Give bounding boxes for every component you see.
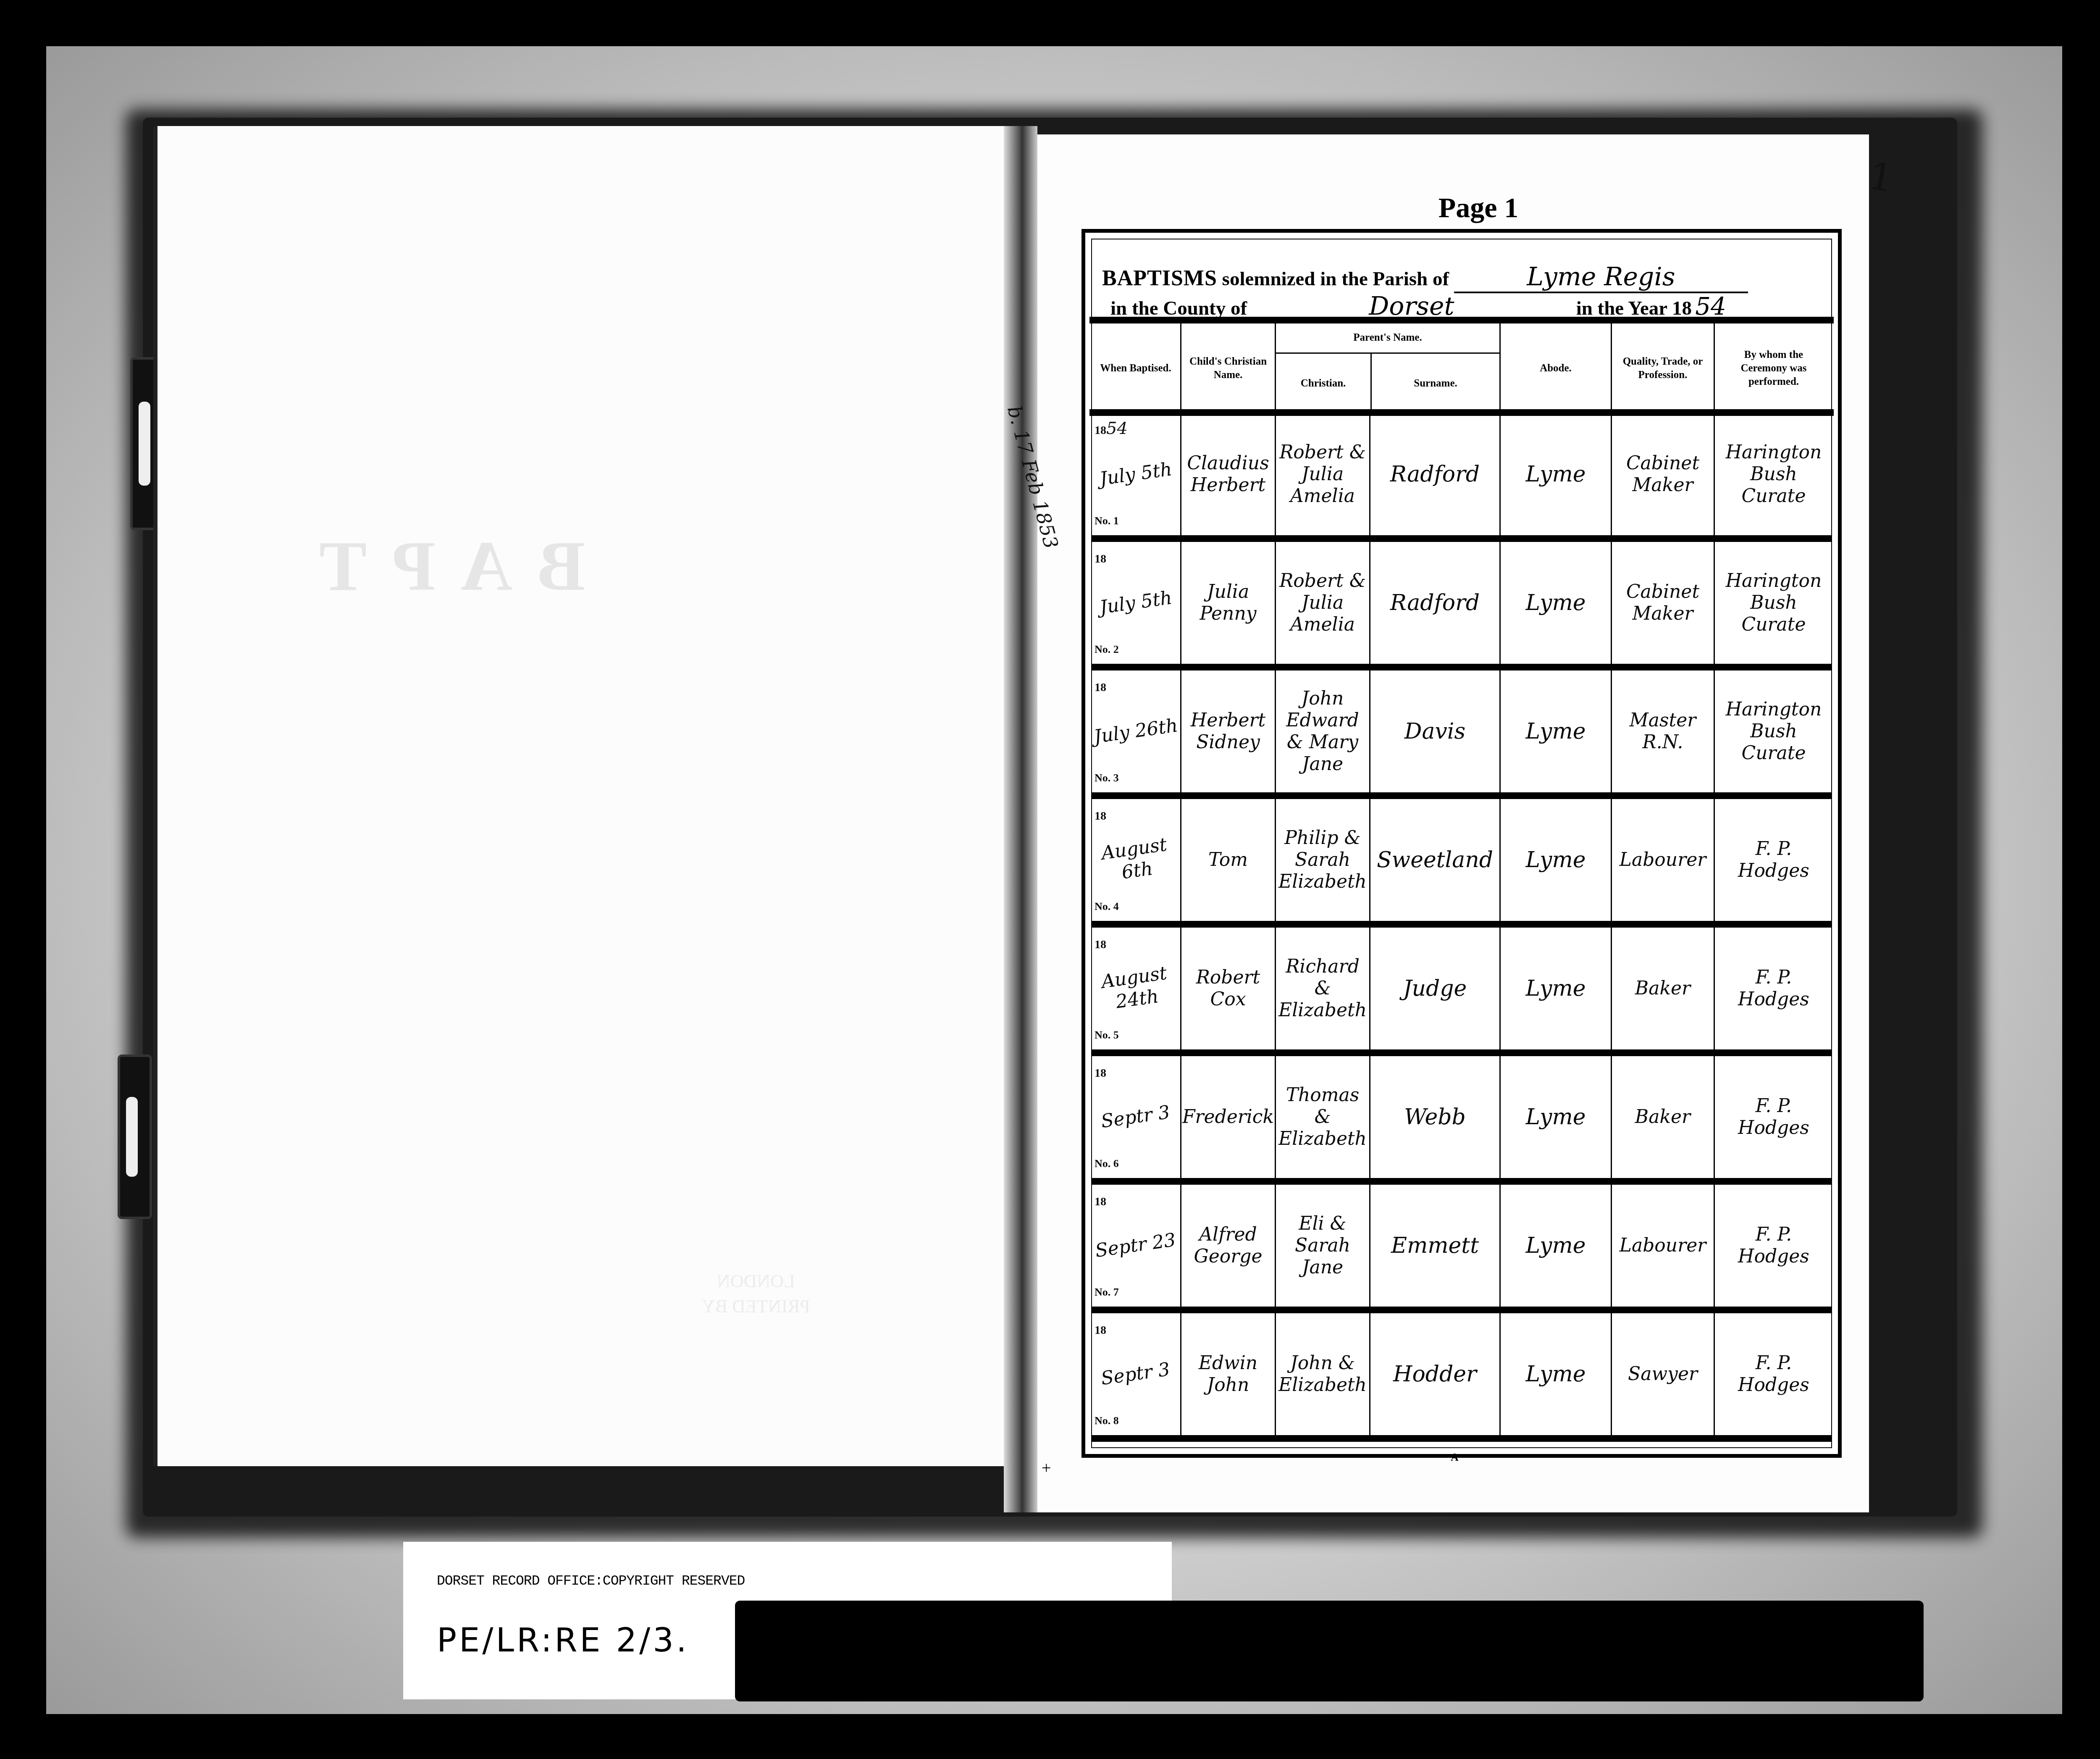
row-surname: Emmett xyxy=(1391,1235,1479,1257)
cell-abode: Lyme xyxy=(1501,1185,1612,1307)
row-number: No. 2 xyxy=(1095,639,1119,660)
row-abode: Lyme xyxy=(1525,849,1585,871)
row-abode: Lyme xyxy=(1525,1235,1585,1257)
cell-child-name: Julia Penny xyxy=(1181,542,1276,664)
col-header-officiant: By whom the Ceremony was performed. xyxy=(1715,323,1832,413)
row-child: Julia Penny xyxy=(1186,581,1270,625)
row-number: No. 7 xyxy=(1095,1281,1119,1303)
cell-parent-surname: Sweetland xyxy=(1370,799,1501,921)
copyright-notice: DORSET RECORD OFFICE:COPYRIGHT RESERVED xyxy=(437,1573,745,1589)
cell-officiant: F. P. Hodges xyxy=(1715,799,1832,921)
register-heading-parish: BAPTISMS solemnized in the Parish of Lym… xyxy=(1102,262,1830,287)
row-surname: Davis xyxy=(1404,720,1465,742)
row-year: 18 xyxy=(1095,681,1106,694)
cell-parent-surname: Emmett xyxy=(1370,1185,1501,1307)
row-child: Tom xyxy=(1208,849,1248,871)
book-gutter xyxy=(1004,126,1037,1512)
col-header-label: Child's Christian Name. xyxy=(1181,355,1275,382)
cell-child-name: Tom xyxy=(1181,799,1276,921)
row-date: Septr 3 xyxy=(1100,1102,1172,1133)
row-surname: Hodder xyxy=(1393,1363,1477,1385)
header-rule xyxy=(1089,317,1834,323)
row-year: 1854 xyxy=(1095,418,1128,442)
registration-mark: + xyxy=(1042,1458,1051,1478)
cell-child-name: Claudius Herbert xyxy=(1181,413,1276,535)
table-row: 18 August 24th No. 5 Robert Cox Richard … xyxy=(1091,928,1832,1056)
cell-quality: Labourer xyxy=(1612,1185,1715,1307)
cell-quality: Cabinet Maker xyxy=(1612,413,1715,535)
row-quality: Baker xyxy=(1635,978,1690,999)
row-date: August 6th xyxy=(1089,832,1183,888)
row-number: No. 4 xyxy=(1095,896,1119,918)
table-row: 18 July 26th No. 3 Herbert Sidney John E… xyxy=(1091,670,1832,799)
row-surname: Webb xyxy=(1404,1106,1466,1128)
row-abode: Lyme xyxy=(1525,463,1585,485)
cell-parent-christian: John & Elizabeth xyxy=(1276,1313,1370,1435)
col-header-when: When Baptised. xyxy=(1091,323,1181,413)
row-officiant: F. P. Hodges xyxy=(1719,838,1828,882)
row-surname: Judge xyxy=(1403,978,1467,999)
archive-reference: PE/LR:RE 2/3. xyxy=(437,1622,689,1659)
row-quality: Labourer xyxy=(1620,849,1706,871)
cell-child-name: Alfred George xyxy=(1181,1185,1276,1307)
row-year: 18 xyxy=(1095,1189,1106,1213)
row-officiant: Harington Bush Curate xyxy=(1719,699,1828,764)
row-child: Robert Cox xyxy=(1186,967,1270,1010)
row-quality: Cabinet Maker xyxy=(1616,452,1709,496)
row-year: 18 xyxy=(1095,938,1106,951)
cell-quality: Baker xyxy=(1612,928,1715,1049)
row-number: No. 6 xyxy=(1095,1153,1119,1175)
imprint-line: LONDON xyxy=(609,1269,903,1294)
cell-parent-surname: Hodder xyxy=(1370,1313,1501,1435)
row-parents: John & Elizabeth xyxy=(1278,1352,1367,1396)
parish-field: Lyme Regis xyxy=(1454,262,1748,293)
cell-officiant: Harington Bush Curate xyxy=(1715,670,1832,792)
cell-parent-christian: Robert & Julia Amelia xyxy=(1276,542,1370,664)
row-officiant: F. P. Hodges xyxy=(1719,1352,1828,1396)
cell-parent-christian: Thomas & Elizabeth xyxy=(1276,1056,1370,1178)
cell-parent-christian: Philip & Sarah Elizabeth xyxy=(1276,799,1370,921)
cell-parent-christian: Robert & Julia Amelia xyxy=(1276,413,1370,535)
table-row: 18 Septr 23 No. 7 Alfred George Eli & Sa… xyxy=(1091,1185,1832,1313)
register-table: BAPTISMS solemnized in the Parish of Lym… xyxy=(1081,229,1842,1458)
col-header-parent-christian: Christian. xyxy=(1276,353,1372,413)
row-quality: Sawyer xyxy=(1628,1363,1698,1385)
col-header-parent-surname: Surname. xyxy=(1370,353,1501,413)
row-officiant: Harington Bush Curate xyxy=(1719,570,1828,636)
cell-child-name: Frederick xyxy=(1181,1056,1276,1178)
cell-date: 18 Septr 3 No. 6 xyxy=(1091,1056,1181,1178)
table-row: 18 Septr 3 No. 6 Frederick Thomas & Eliz… xyxy=(1091,1056,1832,1185)
cell-abode: Lyme xyxy=(1501,1056,1612,1178)
row-quality: Master R.N. xyxy=(1616,710,1709,753)
cell-child-name: Robert Cox xyxy=(1181,928,1276,1049)
left-page-bleed-title: BAPT xyxy=(294,525,924,607)
row-date: July 26th xyxy=(1092,715,1179,748)
table-row: 18 August 6th No. 4 Tom Philip & Sarah E… xyxy=(1091,799,1832,928)
cell-date: 18 August 6th No. 4 xyxy=(1091,799,1181,921)
redaction-bar xyxy=(735,1601,1924,1701)
cell-officiant: Harington Bush Curate xyxy=(1715,542,1832,664)
row-child: Edwin John xyxy=(1186,1352,1270,1396)
cell-quality: Baker xyxy=(1612,1056,1715,1178)
row-abode: Lyme xyxy=(1525,978,1585,999)
cell-officiant: F. P. Hodges xyxy=(1715,1313,1832,1435)
row-abode: Lyme xyxy=(1525,720,1585,742)
cell-abode: Lyme xyxy=(1501,1313,1612,1435)
cell-parent-surname: Judge xyxy=(1370,928,1501,1049)
cell-abode: Lyme xyxy=(1501,799,1612,921)
footer-mark: A xyxy=(1451,1451,1459,1464)
county-label: in the County of xyxy=(1110,297,1247,319)
imprint-line: PRINTED BY xyxy=(609,1294,903,1319)
cell-abode: Lyme xyxy=(1501,928,1612,1049)
row-year: 18 xyxy=(1095,424,1106,437)
row-officiant: F. P. Hodges xyxy=(1719,1095,1828,1139)
row-child: Herbert Sidney xyxy=(1186,710,1270,753)
cell-parent-surname: Davis xyxy=(1370,670,1501,792)
left-page xyxy=(153,126,1008,1466)
row-year: 18 xyxy=(1095,675,1106,699)
cell-quality: Cabinet Maker xyxy=(1612,542,1715,664)
row-parents: Eli & Sarah Jane xyxy=(1279,1213,1366,1278)
register-heading-county: in the County of Dorset in the Year 1854 xyxy=(1110,292,1830,317)
cell-date: 18 July 5th No. 2 xyxy=(1091,542,1181,664)
col-header-abode: Abode. xyxy=(1501,323,1612,413)
row-number: No. 1 xyxy=(1095,510,1119,532)
row-date: July 5th xyxy=(1098,587,1173,619)
row-number: No. 3 xyxy=(1095,767,1119,789)
heading-solemnized: solemnized in the Parish of xyxy=(1222,268,1449,290)
column-headers: When Baptised. Child's Christian Name. P… xyxy=(1091,323,1832,413)
row-year: 18 xyxy=(1095,810,1106,823)
table-row: 18 Septr 3 No. 8 Edwin John John & Eliza… xyxy=(1091,1313,1832,1442)
parents-name-label: Parent's Name. xyxy=(1276,323,1499,354)
row-quality: Baker xyxy=(1635,1106,1690,1128)
row-quality: Cabinet Maker xyxy=(1616,581,1709,625)
col-header-label: By whom the Ceremony was performed. xyxy=(1727,348,1820,389)
row-child: Frederick xyxy=(1182,1106,1274,1128)
row-officiant: F. P. Hodges xyxy=(1719,967,1828,1010)
row-parents: Richard & Elizabeth xyxy=(1278,956,1367,1021)
row-officiant: Harington Bush Curate xyxy=(1719,442,1828,507)
row-parents: John Edward & Mary Jane xyxy=(1279,688,1366,775)
cell-date: 1854 July 5th No. 1 xyxy=(1091,413,1181,535)
row-date: Septr 3 xyxy=(1100,1359,1172,1390)
col-header-label: Quality, Trade, or Profession. xyxy=(1620,355,1705,382)
cell-officiant: F. P. Hodges xyxy=(1715,1056,1832,1178)
cell-parent-christian: Eli & Sarah Jane xyxy=(1276,1185,1370,1307)
row-surname: Radford xyxy=(1390,463,1480,485)
row-surname: Sweetland xyxy=(1377,849,1493,871)
row-year: 18 xyxy=(1095,932,1106,956)
row-year: 18 xyxy=(1095,552,1106,565)
lower-clasp-icon xyxy=(118,1054,152,1219)
left-page-bleed-imprint: LONDON PRINTED BY xyxy=(609,1269,903,1319)
cell-date: 18 August 24th No. 5 xyxy=(1091,928,1181,1049)
cell-officiant: F. P. Hodges xyxy=(1715,1185,1832,1307)
row-date: Septr 23 xyxy=(1094,1229,1177,1262)
cell-parent-surname: Radford xyxy=(1370,413,1501,535)
cell-parent-christian: John Edward & Mary Jane xyxy=(1276,670,1370,792)
cell-quality: Labourer xyxy=(1612,799,1715,921)
table-row: 1854 July 5th No. 1 Claudius Herbert Rob… xyxy=(1091,413,1832,542)
row-number: No. 5 xyxy=(1095,1024,1119,1046)
row-year-hand: 54 xyxy=(1106,419,1128,438)
heading-baptisms: BAPTISMS xyxy=(1102,266,1217,290)
col-header-quality: Quality, Trade, or Profession. xyxy=(1612,323,1715,413)
row-child: Alfred George xyxy=(1186,1224,1270,1267)
page-title: Page 1 xyxy=(1373,191,1583,224)
cell-quality: Master R.N. xyxy=(1612,670,1715,792)
row-date: July 5th xyxy=(1098,458,1173,490)
row-abode: Lyme xyxy=(1525,1106,1585,1128)
cell-date: 18 Septr 3 No. 8 xyxy=(1091,1313,1181,1435)
col-header-parents: Parent's Name. Christian. Surname. xyxy=(1276,323,1501,413)
cell-officiant: Harington Bush Curate xyxy=(1715,413,1832,535)
row-parents: Robert & Julia Amelia xyxy=(1279,570,1366,636)
row-abode: Lyme xyxy=(1525,592,1585,614)
row-year: 18 xyxy=(1095,1060,1106,1084)
year-label: in the Year 18 xyxy=(1576,297,1692,319)
register-rows: 1854 July 5th No. 1 Claudius Herbert Rob… xyxy=(1091,413,1832,1429)
cell-date: 18 Septr 23 No. 7 xyxy=(1091,1185,1181,1307)
row-officiant: F. P. Hodges xyxy=(1719,1224,1828,1267)
row-number: No. 8 xyxy=(1095,1410,1119,1432)
row-year: 18 xyxy=(1095,1317,1106,1341)
cell-abode: Lyme xyxy=(1501,542,1612,664)
cell-parent-christian: Richard & Elizabeth xyxy=(1276,928,1370,1049)
cell-abode: Lyme xyxy=(1501,413,1612,535)
cell-child-name: Herbert Sidney xyxy=(1181,670,1276,792)
row-date: August 24th xyxy=(1089,961,1183,1016)
col-header-label: Abode. xyxy=(1540,362,1572,375)
row-year: 18 xyxy=(1095,1195,1106,1208)
cell-parent-surname: Webb xyxy=(1370,1056,1501,1178)
row-year: 18 xyxy=(1095,803,1106,827)
cell-quality: Sawyer xyxy=(1612,1313,1715,1435)
row-surname: Radford xyxy=(1390,592,1480,614)
row-parents: Thomas & Elizabeth xyxy=(1278,1084,1367,1150)
cell-child-name: Edwin John xyxy=(1181,1313,1276,1435)
row-child: Claudius Herbert xyxy=(1186,452,1270,496)
table-row: 18 July 5th No. 2 Julia Penny Robert & J… xyxy=(1091,542,1832,670)
row-year: 18 xyxy=(1095,1324,1106,1337)
row-parents: Robert & Julia Amelia xyxy=(1279,442,1366,507)
row-year: 18 xyxy=(1095,546,1106,570)
cell-parent-surname: Radford xyxy=(1370,542,1501,664)
row-year: 18 xyxy=(1095,1067,1106,1080)
row-quality: Labourer xyxy=(1620,1235,1706,1257)
col-header-child: Child's Christian Name. xyxy=(1181,323,1276,413)
row-abode: Lyme xyxy=(1525,1363,1585,1385)
col-header-label: When Baptised. xyxy=(1100,362,1171,375)
cell-abode: Lyme xyxy=(1501,670,1612,792)
cell-officiant: F. P. Hodges xyxy=(1715,928,1832,1049)
cell-date: 18 July 26th No. 3 xyxy=(1091,670,1181,792)
row-parents: Philip & Sarah Elizabeth xyxy=(1278,827,1367,893)
